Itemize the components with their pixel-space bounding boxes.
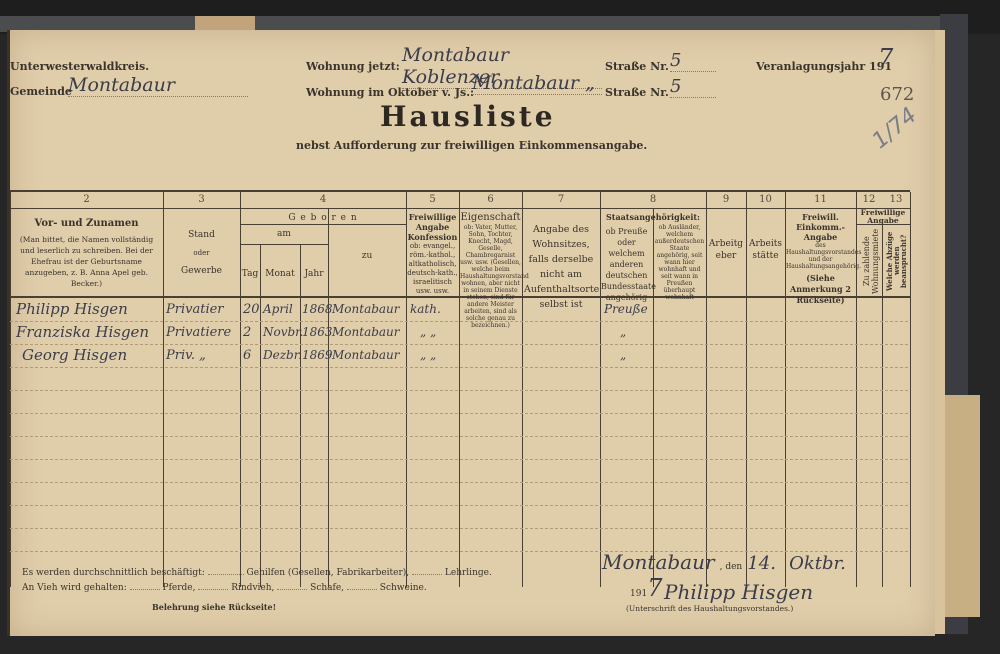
header-citizenship-b: ob Ausländer, welchem außerdeutschen Sta… xyxy=(654,224,705,301)
household-table: 2 3 4 5 6 7 8 9 10 11 12 13 Vor- und Zun… xyxy=(10,190,910,587)
signing-month: Oktbr. xyxy=(789,553,846,574)
pigs-label: Schweine. xyxy=(380,583,427,593)
col-num-2: 2 xyxy=(10,194,163,205)
residence-now-label: Wohnung jetzt: xyxy=(306,60,400,73)
header-birthplace: zu xyxy=(328,250,406,262)
row-3-year: 1869 xyxy=(302,348,333,362)
header-income-title: Freiwill. Einkomm.-Angabe xyxy=(786,212,855,242)
header-born-on: am xyxy=(240,228,328,240)
row-3-birthplace: Montabaur xyxy=(332,348,400,362)
street-oct-label: Straße Nr. xyxy=(605,86,669,99)
row-1-citizenship: Preuße xyxy=(604,302,648,316)
row-2-day: 2 xyxy=(243,325,251,340)
header-name-title: Vor- und Zunamen xyxy=(35,218,139,229)
header-name-note: (Man bittet, die Namen vollständig und l… xyxy=(12,234,161,289)
signing-date-line: Montabaur , den 14. Oktbr. 1917 xyxy=(602,550,892,580)
house-list-page: Unterwesterwaldkreis. Gemeinde Montabaur… xyxy=(7,30,935,636)
row-1-birthplace: Montabaur xyxy=(332,302,400,316)
header-citizenship-a: ob Preuße oder welchem anderen deutschen… xyxy=(601,226,652,303)
row-1-status: Privatier xyxy=(166,302,224,317)
header-rent: Zu zahlende Wohnungsmiete xyxy=(862,228,880,294)
street-now-number: 5 xyxy=(670,50,716,72)
row-1-confession: kath. xyxy=(410,302,441,316)
header-property-note: ob: Vater, Mutter, Sohn, Tochter, Knecht… xyxy=(460,224,521,329)
header-born: G e b o r e n xyxy=(240,212,406,224)
header-citizenship-title: Staatsangehörigkeit: xyxy=(600,211,706,224)
employed-label: Es werden durchschnittlich beschäftigt: xyxy=(22,568,205,578)
municipality-value: Montabaur xyxy=(68,74,248,97)
header-status-line1: Stand xyxy=(163,226,240,244)
footer-employed-line: Es werden durchschnittlich beschäftigt: … xyxy=(22,568,492,578)
header-voluntary: Freiwillige Angabe xyxy=(856,209,910,225)
header-confession-note: ob: evangel., röm.-kathol., altkatholisc… xyxy=(407,242,458,296)
col-num-5: 5 xyxy=(406,194,459,205)
header-status-line2: oder xyxy=(163,244,240,262)
header-income-ref: (Siehe Anmerkung 2 Rückseite) xyxy=(786,273,855,306)
row-3-name: Georg Hisgen xyxy=(22,346,127,364)
header-workplace: Arbeitsstätte xyxy=(747,238,784,262)
header-month: Monat xyxy=(260,268,300,280)
district-label: Unterwesterwaldkreis. xyxy=(10,60,149,73)
row-1-name: Philipp Hisgen xyxy=(16,300,128,318)
row-2-status: Privatiere xyxy=(166,325,231,340)
horses-label: Pferde, xyxy=(163,583,196,593)
col-num-8: 8 xyxy=(600,194,706,205)
sheep-label: Schafe, xyxy=(310,583,344,593)
header-income: Freiwill. Einkomm.-Angabe des Haushaltun… xyxy=(786,212,855,306)
pencil-annotation: 1/74 xyxy=(868,103,922,154)
residence-oct-label: Wohnung im Oktober v. Js.: xyxy=(306,86,474,99)
cattle-label: Rindvieh, xyxy=(231,583,274,593)
header-confession: Freiwillige Angabe Konfession ob: evange… xyxy=(407,212,458,296)
signing-place: Montabaur xyxy=(602,550,715,574)
header-employer: Arbeitgeber xyxy=(708,238,744,262)
header-residence: Angabe des Wohnsitzes, falls derselbe ni… xyxy=(524,222,598,312)
livestock-label: An Vieh wird gehalten: xyxy=(22,583,127,593)
col-num-13: 13 xyxy=(882,194,910,205)
header-confession-title: Freiwillige Angabe Konfession xyxy=(407,212,458,242)
paper-tab xyxy=(944,395,980,617)
apprentices-label: Lehrlinge. xyxy=(445,568,492,578)
col-num-6: 6 xyxy=(459,194,522,205)
row-3-citizenship: „ xyxy=(620,348,626,362)
street-oct-number: 5 xyxy=(670,76,716,98)
header-income-note: des Haushaltungsvorstandes und der Haush… xyxy=(786,242,855,270)
col-num-11: 11 xyxy=(785,194,856,205)
header-year: Jahr xyxy=(300,268,328,280)
row-3-day: 6 xyxy=(243,348,251,363)
col-num-3: 3 xyxy=(163,194,240,205)
header-name: Vor- und Zunamen (Man bittet, die Namen … xyxy=(12,218,161,289)
page-number: 672 xyxy=(880,84,914,105)
signature-label: (Unterschrift des Haushaltungsvorstandes… xyxy=(626,604,793,613)
col-num-7: 7 xyxy=(522,194,600,205)
header-property-title: Eigenschaft xyxy=(460,212,521,224)
header-status-line3: Gewerbe xyxy=(163,262,240,280)
signature: Philipp Hisgen xyxy=(664,580,813,604)
col-num-10: 10 xyxy=(746,194,785,205)
header-deductions: Welche Abzüge werden beansprucht? xyxy=(886,228,907,294)
instruction-note: Belehrung siehe Rückseite! xyxy=(152,602,276,612)
row-1-day: 20 xyxy=(243,302,260,317)
col-num-9: 9 xyxy=(706,194,746,205)
voluntary-title-text: Freiwillige Angabe xyxy=(861,208,906,225)
assessment-year-digit: 7 xyxy=(878,44,893,72)
col-num-4: 4 xyxy=(240,194,406,205)
header-status: Stand oder Gewerbe xyxy=(163,226,240,280)
row-2-month: Novbr. xyxy=(263,325,303,339)
row-2-confession: „ „ xyxy=(420,325,436,339)
citizenship-title-text: Staatsangehörigkeit: xyxy=(606,212,700,222)
row-2-citizenship: „ xyxy=(620,325,626,339)
row-2-name: Franziska Hisgen xyxy=(16,323,149,341)
col-num-12: 12 xyxy=(856,194,882,205)
row-3-status: Priv. „ xyxy=(166,348,206,363)
signing-year-digit: 7 xyxy=(647,574,662,602)
signing-year-prefix: 191 xyxy=(630,589,647,599)
document-subtitle: nebst Aufforderung zur freiwilligen Eink… xyxy=(296,139,647,152)
row-1-month: April xyxy=(263,302,293,316)
row-3-confession: „ „ xyxy=(420,348,436,362)
row-1-year: 1868 xyxy=(302,302,333,316)
header-day: Tag xyxy=(240,268,260,280)
header-property: Eigenschaft ob: Vater, Mutter, Sohn, Toc… xyxy=(460,212,521,329)
row-3-month: Dezbr. xyxy=(263,348,302,362)
row-2-year: 1863 xyxy=(302,325,333,339)
signing-den: , den xyxy=(720,562,743,572)
document-title: Hausliste xyxy=(380,100,556,133)
footer-livestock-line: An Vieh wird gehalten: Pferde, Rindvieh,… xyxy=(22,583,427,593)
municipality-label: Gemeinde xyxy=(10,85,72,98)
residence-oct-value: Montabaur „ xyxy=(472,72,602,95)
row-2-birthplace: Montabaur xyxy=(332,325,400,339)
signing-day: 14. xyxy=(747,553,776,574)
assessment-year-label: Veranlagungsjahr 191 xyxy=(756,60,892,73)
street-now-label: Straße Nr. xyxy=(605,60,669,73)
helpers-label: Gehilfen (Gesellen, Fabrikarbeiter), xyxy=(247,568,410,578)
